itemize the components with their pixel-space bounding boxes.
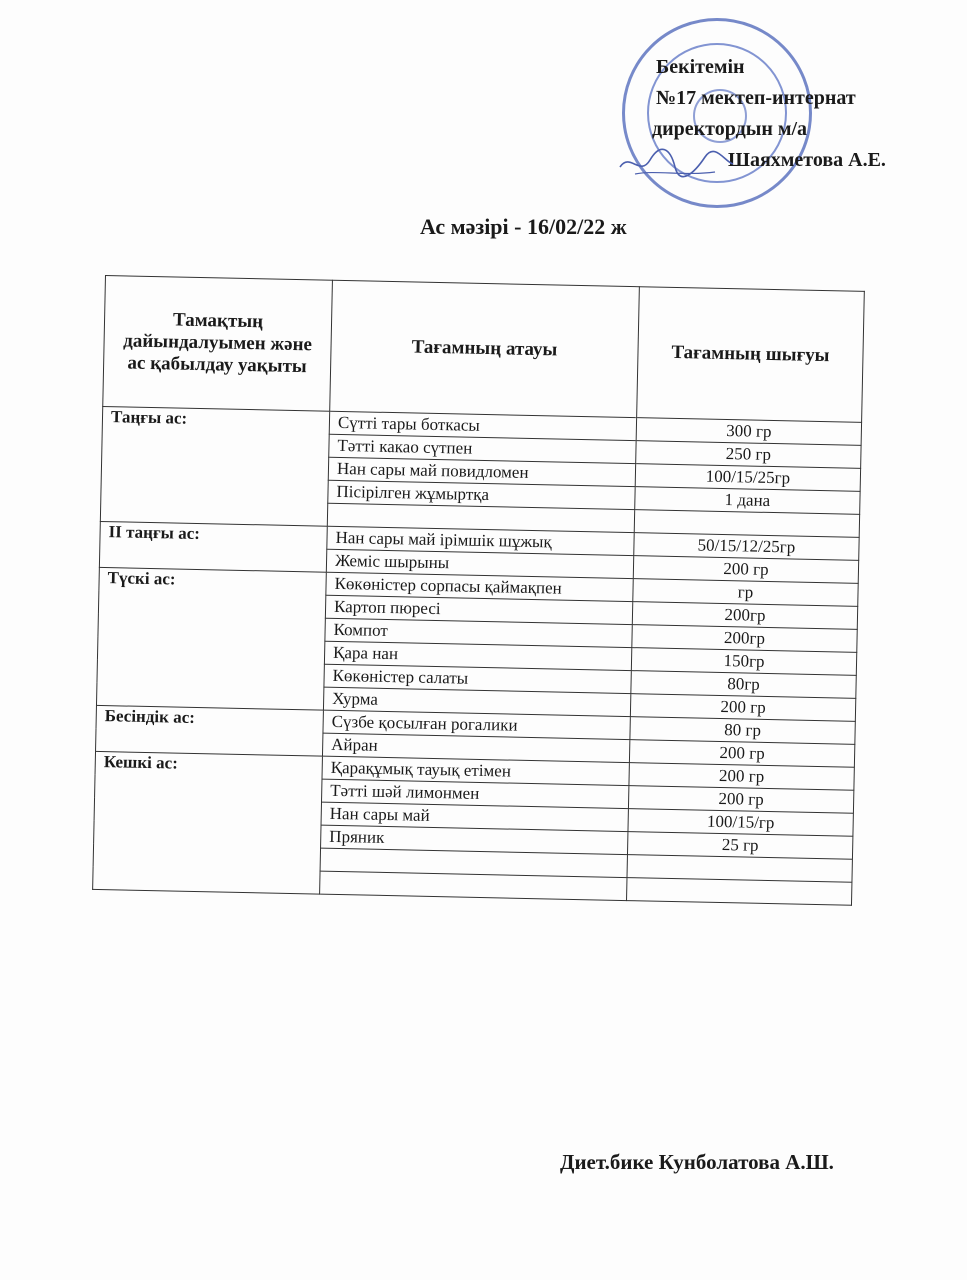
signature-icon	[615, 142, 735, 182]
meal-label: ІІ таңғы ас:	[99, 521, 327, 572]
header-meal-time: Тамақтың дайындалуымен және ас қабылдау …	[103, 276, 333, 412]
header-dish-name: Тағамның атауы	[330, 280, 640, 417]
approval-line-1: Бекітемін	[656, 52, 886, 83]
approval-line-3: директордын м/а	[652, 114, 886, 145]
approval-line-4: Шаяхметова А.Е.	[728, 145, 886, 176]
meal-label: Бесіндік ас:	[96, 705, 324, 756]
menu-body: Таңғы ас:Сүтті тары боткасы300 грТәтті к…	[93, 406, 862, 905]
meal-label: Кешкі ас:	[93, 751, 323, 894]
meal-label: Түскі ас:	[96, 567, 326, 710]
approval-line-2: №17 мектеп-интернат	[656, 83, 886, 114]
header-portion: Тағамның шығуы	[637, 287, 865, 423]
page-title: Ас мәзірі - 16/02/22 ж	[420, 214, 627, 240]
table-header-row: Тамақтың дайындалуымен және ас қабылдау …	[103, 276, 865, 423]
menu-table: Тамақтың дайындалуымен және ас қабылдау …	[92, 275, 865, 906]
portion-size	[627, 878, 852, 906]
meal-label: Таңғы ас:	[100, 406, 329, 526]
dietitian-signature: Диет.бике Кунболатова А.Ш.	[560, 1150, 834, 1175]
